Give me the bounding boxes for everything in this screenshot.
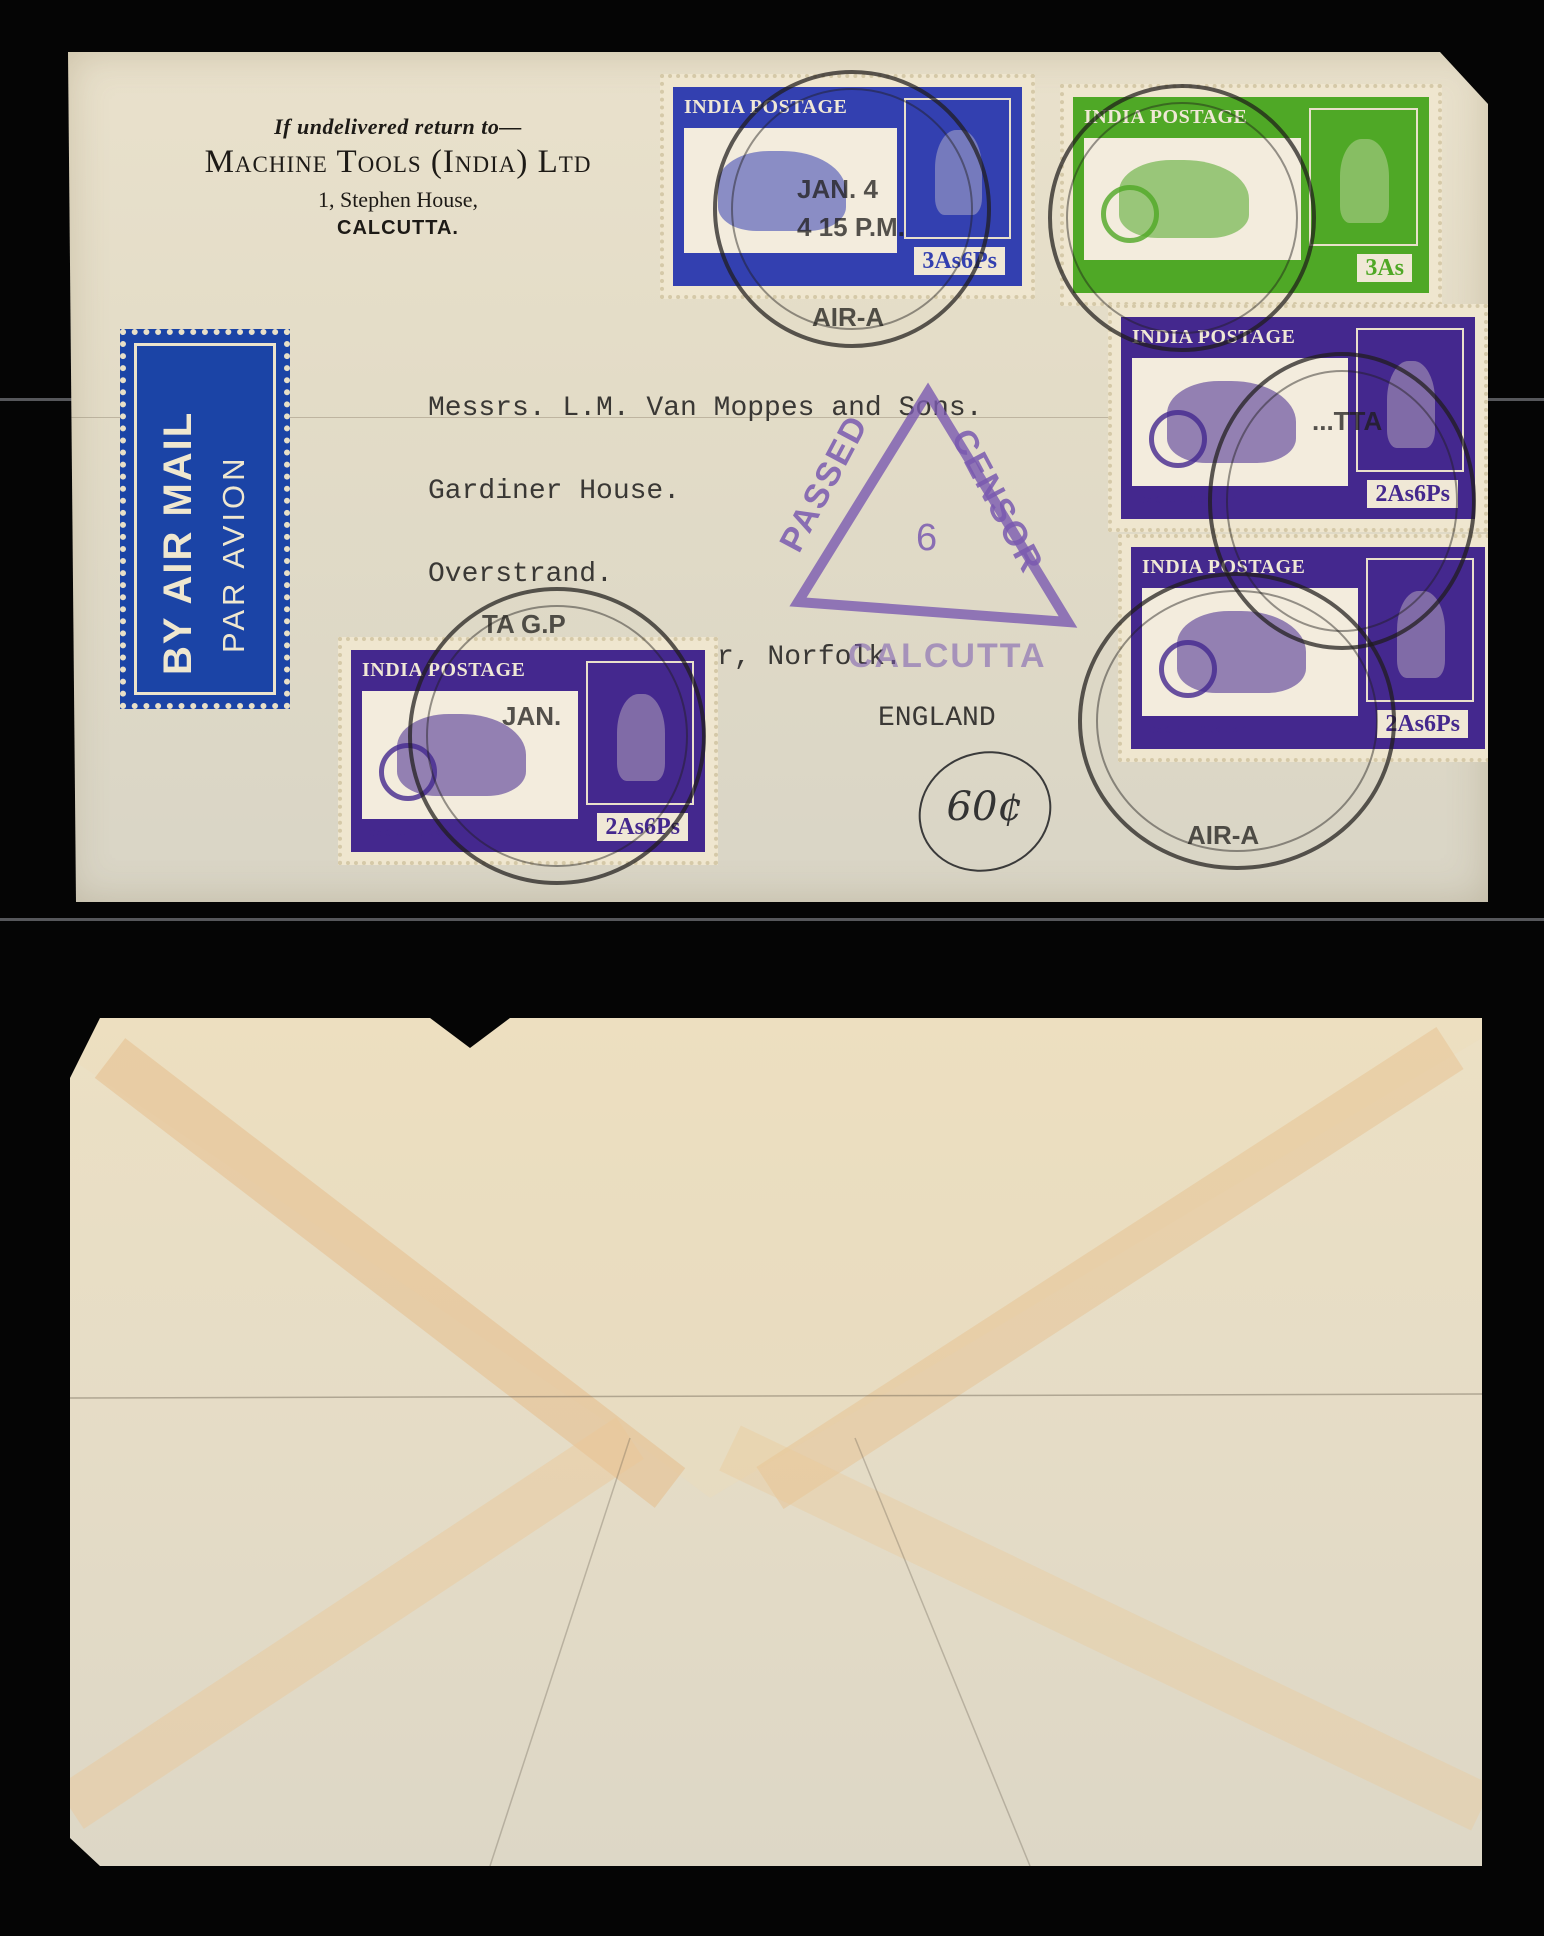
return-street: 1, Stephen House,	[138, 187, 658, 213]
airmail-line2: PAR AVION	[216, 454, 252, 653]
envelope-back	[70, 1018, 1482, 1866]
postmark: AIR-A	[1078, 572, 1396, 870]
king-portrait-icon	[1309, 108, 1418, 246]
envelope-front: If undelivered return to— Machine Tools …	[68, 52, 1488, 902]
album-strip-middle	[0, 918, 1544, 921]
airmail-label: BY AIR MAIL PAR AVION	[120, 329, 290, 709]
envelope-flap-lines-icon	[70, 1018, 1482, 1866]
censor-city: CALCUTTA	[848, 637, 1047, 676]
return-city: CALCUTTA.	[138, 217, 658, 240]
pencil-note: 60¢	[947, 784, 1023, 830]
censor-mark: PASSED CENSOR 6 CALCUTTA	[758, 372, 1088, 672]
stamp-value: 3As	[1357, 254, 1412, 282]
censor-number: 6	[916, 517, 939, 560]
return-address: If undelivered return to— Machine Tools …	[138, 114, 658, 240]
return-prefix: If undelivered return to—	[138, 114, 658, 140]
postmark	[1048, 84, 1316, 352]
postmark: TA G.P JAN.	[408, 587, 706, 885]
return-company: Machine Tools (India) Ltd	[138, 144, 658, 181]
airmail-line1: BY AIR MAIL	[156, 411, 201, 675]
postmark: JAN. 4 4 15 P.M. AIR-A	[713, 70, 991, 348]
